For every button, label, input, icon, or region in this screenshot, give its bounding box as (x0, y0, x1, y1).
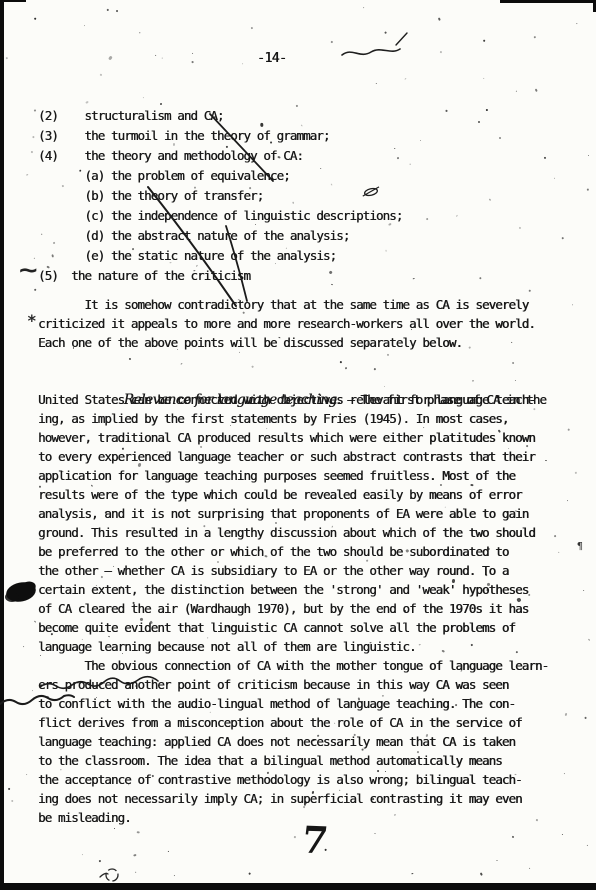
noise-speck (135, 872, 136, 873)
noise-speck (440, 51, 442, 53)
text-line: of CA cleared the air (Wardhaugh 1970), … (38, 599, 578, 618)
noise-speck (23, 646, 24, 647)
noise-speck (483, 40, 486, 43)
noise-speck (529, 290, 531, 292)
text-line: Each one of the above points will be dis… (38, 333, 578, 352)
noise-speck (7, 787, 10, 790)
scan-edge-top-right (500, 0, 596, 3)
noise-speck (34, 109, 37, 112)
noise-speck (374, 833, 376, 834)
outline-list: (2) structuralism and CA;(3) the turmoil… (38, 106, 578, 286)
text-line: results were of the type which could be … (38, 485, 578, 504)
noise-speck (82, 854, 83, 855)
noise-speck (375, 83, 376, 84)
noise-speck (168, 851, 169, 852)
text-line: (5) the nature of the criticism (38, 266, 578, 286)
noise-speck (192, 61, 194, 63)
noise-speck (107, 8, 109, 10)
text-line: however, traditional CA produced results… (38, 428, 578, 447)
text-line: (b) the theory of transfer; (38, 186, 578, 206)
text-line: to the classroom. The idea that a biling… (38, 751, 578, 770)
noise-speck (6, 57, 8, 60)
text-line: (4) the theory and methodology of CA: (38, 146, 578, 166)
text-line: the acceptance of contrastive methodolog… (38, 770, 578, 789)
noise-speck (26, 774, 28, 776)
noise-speck (11, 800, 13, 802)
text-line: (3) the turmoil in the theory of grammar… (38, 126, 578, 146)
noise-speck (136, 831, 139, 833)
noise-speck (139, 32, 140, 33)
noise-speck (362, 7, 364, 9)
paragraph-connection: The obvious connection of CA with the mo… (38, 656, 578, 827)
text-line: ers produced another point of criticism … (38, 675, 578, 694)
noise-speck (480, 872, 483, 875)
noise-speck (529, 867, 530, 869)
noise-speck (192, 53, 193, 54)
ink-blob (4, 579, 37, 604)
text-line: to conflict with the audio-lingual metho… (38, 694, 578, 713)
text-line: ing, as implied by the first statements … (38, 409, 578, 428)
noise-speck (180, 363, 182, 365)
noise-speck (98, 859, 101, 861)
noise-speck (512, 836, 515, 839)
noise-speck (26, 173, 28, 175)
noise-speck (583, 590, 585, 592)
scan-edge-left (0, 0, 4, 890)
noise-speck (242, 63, 243, 64)
tilde-pen-mark: ~ (19, 256, 38, 284)
text-line: It is somehow contradictory that at the … (38, 295, 578, 314)
noise-speck (155, 55, 157, 57)
noise-speck (585, 717, 587, 719)
text-line: (d) the abstract nature of the analysis; (38, 226, 578, 246)
noise-speck (294, 835, 296, 837)
noise-speck (534, 36, 536, 38)
text-line: (2) structuralism and CA; (38, 106, 578, 126)
noise-speck (31, 150, 33, 152)
text-line: language teaching: applied CA does not n… (38, 732, 578, 751)
noise-speck (534, 88, 537, 92)
noise-speck (588, 638, 590, 640)
text-line: (c) the independence of linguistic descr… (38, 206, 578, 226)
noise-speck (437, 18, 440, 21)
noise-speck (108, 56, 113, 61)
noise-speck (143, 97, 144, 98)
text-line: The obvious connection of CA with the mo… (38, 656, 578, 675)
noise-speck (496, 860, 498, 862)
noise-speck (385, 32, 387, 34)
text-line: to every experienced language teacher or… (38, 447, 578, 466)
noise-speck (331, 40, 333, 42)
text-line: become quite evident that linguistic CA … (38, 618, 578, 637)
noise-speck (405, 78, 407, 80)
noise-speck (239, 352, 240, 353)
text-line: flict derives from a misconception about… (38, 713, 578, 732)
paragraph-relevance: Relevance for language teaching. — The f… (38, 371, 578, 656)
text-line: analysis, and it is not surprising that … (38, 504, 578, 523)
pilcrow-mark: ¶ (577, 541, 583, 552)
text-line: the other — whether CA is subsidiary to … (38, 561, 578, 580)
noise-speck (373, 368, 375, 370)
noise-speck (128, 358, 130, 360)
noise-speck (251, 365, 253, 367)
noise-speck (482, 77, 484, 79)
noise-speck (114, 828, 115, 830)
noise-speck (344, 367, 347, 369)
text-line: United States can be connected with obje… (38, 390, 578, 409)
noise-speck (587, 845, 588, 846)
dash-mark (396, 33, 407, 45)
noise-speck (31, 136, 34, 139)
noise-speck (387, 354, 389, 356)
asterisk-pen-mark: * (27, 311, 37, 330)
scanned-document-page: -14- (2) structuralism and CA;(3) the tu… (0, 0, 596, 890)
noise-speck (116, 10, 118, 13)
text-line: language learning because not all of the… (38, 637, 578, 656)
relevance-lead-line: Relevance for language teaching. — The f… (38, 371, 578, 390)
noise-speck (516, 91, 517, 92)
noise-speck (86, 101, 90, 104)
scan-edge-top-left (0, 0, 26, 2)
noise-speck (340, 361, 342, 363)
noise-speck (33, 289, 36, 292)
noise-speck (134, 853, 137, 856)
text-line: ing does not necessarily imply CA; in su… (38, 789, 578, 808)
text-line: ground. This resulted in a lengthy discu… (38, 523, 578, 542)
text-line: application for language teaching purpos… (38, 466, 578, 485)
text-line: certain extent, the distinction between … (38, 580, 578, 599)
noise-speck (162, 58, 163, 59)
noise-speck (34, 18, 37, 21)
paragraph-intro: It is somehow contradictory that at the … (38, 295, 578, 352)
text-line: (a) the problem of equivalence; (38, 166, 578, 186)
noise-speck (587, 189, 589, 191)
text-line: criticized it appeals to more and more r… (38, 314, 578, 333)
handwritten-page-number: 7 (299, 818, 330, 863)
noise-speck (587, 155, 589, 157)
noise-speck (412, 873, 414, 875)
text-line: (e) the static nature of the analysis; (38, 246, 578, 266)
noise-speck (359, 53, 361, 55)
ring-mark (100, 869, 118, 881)
relevance-body: United States can be connected with obje… (38, 390, 578, 656)
noise-speck (100, 73, 103, 76)
noise-speck (249, 873, 251, 875)
noise-speck (84, 25, 85, 26)
swoosh-mark (342, 49, 400, 55)
noise-speck (34, 620, 36, 622)
scan-edge-bottom (0, 883, 596, 890)
noise-speck (576, 22, 578, 24)
noise-speck (512, 362, 514, 364)
noise-speck (562, 834, 563, 835)
noise-speck (31, 690, 32, 691)
page-number: -14- (257, 51, 286, 66)
noise-speck (160, 102, 163, 105)
noise-speck (174, 875, 175, 876)
text-line: be preferred to the other or which of th… (38, 542, 578, 561)
noise-speck (250, 27, 253, 30)
